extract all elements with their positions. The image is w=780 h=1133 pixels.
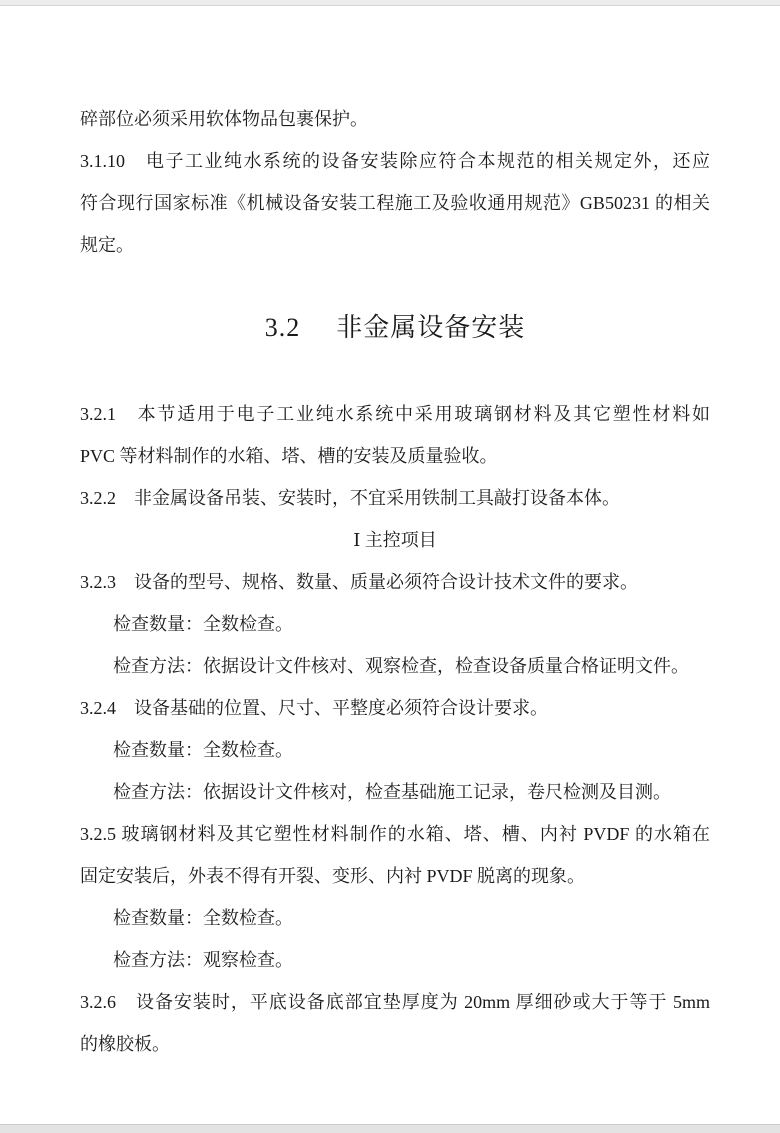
clause-3-2-5-check-method: 检查方法：观察检查。 xyxy=(80,939,710,981)
section-title: 非金属设备安装 xyxy=(336,313,525,342)
clause-3-2-4-check-method: 检查方法：依据设计文件核对，检查基础施工记录，卷尺检测及目测。 xyxy=(80,771,710,813)
clause-3-2-2-line: 3.2.2 非金属设备吊装、安装时，不宜采用铁制工具敲打设备本体。 xyxy=(80,477,710,519)
clause-3-2-3-line: 3.2.3 设备的型号、规格、数量、质量必须符合设计技术文件的要求。 xyxy=(80,561,710,603)
clause-3-2-6-line-1: 3.2.6 设备安装时，平底设备底部宜垫厚度为 20mm 厚细砂或大于等于 5m… xyxy=(80,981,710,1023)
clause-3-2-5-check-quantity: 检查数量：全数检查。 xyxy=(80,897,710,939)
clause-3-2-1-line-1: 3.2.1 本节适用于电子工业纯水系统中采用玻璃钢材料及其它塑性材料如 xyxy=(80,393,710,435)
page-top-edge xyxy=(0,0,780,6)
section-number: 3.2 xyxy=(265,313,301,342)
subsection-heading-main-control-items: Ⅰ 主控项目 xyxy=(80,519,710,561)
page-bottom-edge xyxy=(0,1124,780,1133)
clause-3-2-6-line-2: 的橡胶板。 xyxy=(80,1023,710,1065)
clause-3-1-10-line-1: 3.1.10 电子工业纯水系统的设备安装除应符合本规范的相关规定外，还应 xyxy=(80,140,710,182)
clause-3-2-3-check-quantity: 检查数量：全数检查。 xyxy=(80,603,710,645)
clause-3-1-10-line-3: 规定。 xyxy=(80,224,710,266)
clause-3-2-4-line: 3.2.4 设备基础的位置、尺寸、平整度必须符合设计要求。 xyxy=(80,687,710,729)
intro-continuation-line: 碎部位必须采用软体物品包裹保护。 xyxy=(80,98,710,140)
document-page: 碎部位必须采用软体物品包裹保护。 3.1.10 电子工业纯水系统的设备安装除应符… xyxy=(0,0,780,1133)
clause-3-2-4-check-quantity: 检查数量：全数检查。 xyxy=(80,729,710,771)
clause-3-2-5-line-2: 固定安装后，外表不得有开裂、变形、内衬 PVDF 脱离的现象。 xyxy=(80,855,710,897)
section-heading: 3.2非金属设备安装 xyxy=(80,303,710,353)
clause-3-2-5-line-1: 3.2.5 玻璃钢材料及其它塑性材料制作的水箱、塔、槽、内衬 PVDF 的水箱在 xyxy=(80,813,710,855)
page-content: 碎部位必须采用软体物品包裹保护。 3.1.10 电子工业纯水系统的设备安装除应符… xyxy=(80,98,710,1065)
clause-3-1-10-line-2: 符合现行国家标准《机械设备安装工程施工及验收通用规范》GB50231 的相关 xyxy=(80,182,710,224)
clause-3-2-1-line-2: PVC 等材料制作的水箱、塔、槽的安装及质量验收。 xyxy=(80,435,710,477)
clause-3-2-3-check-method: 检查方法：依据设计文件核对、观察检查，检查设备质量合格证明文件。 xyxy=(80,645,710,687)
